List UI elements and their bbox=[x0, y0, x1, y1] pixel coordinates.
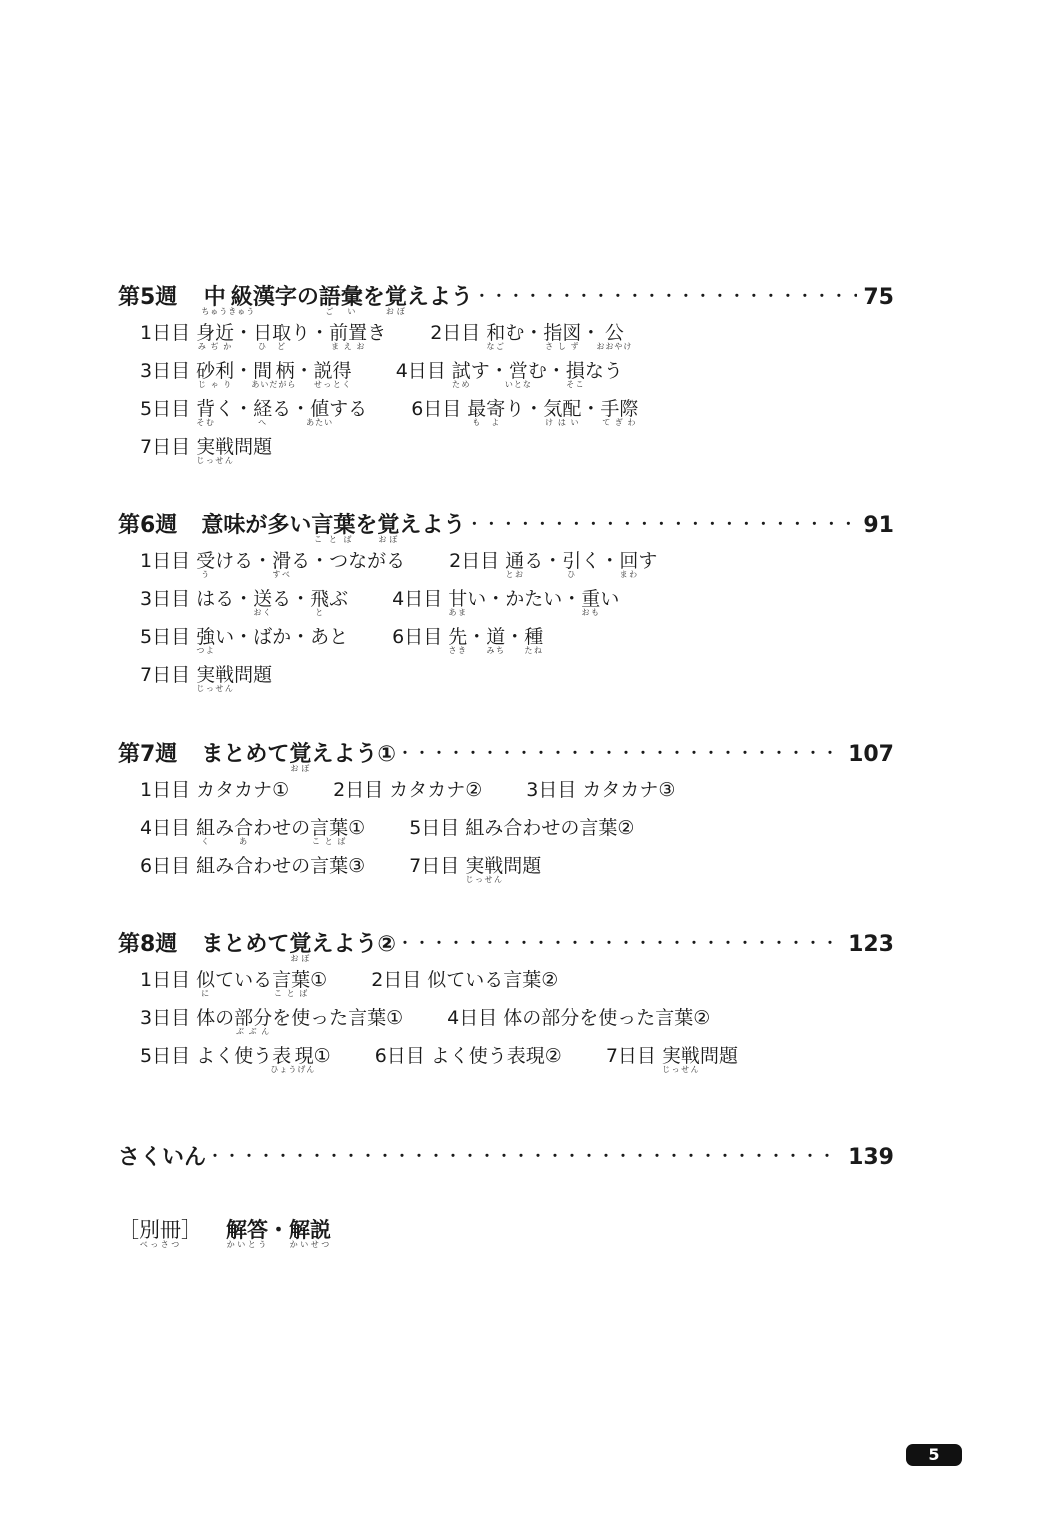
ruby-text: 受う bbox=[196, 550, 215, 572]
day-label: 3日目 bbox=[526, 779, 576, 801]
day-entry[interactable]: 3日目はる・送おくる・飛とぶ bbox=[140, 584, 348, 616]
day-label: 7日目 bbox=[140, 436, 190, 458]
day-entry[interactable]: 4日目試ためす・営いとなむ・損そこなう bbox=[396, 356, 623, 388]
ruby-text: 似に bbox=[196, 969, 215, 991]
day-label: 3日目 bbox=[140, 588, 190, 610]
day-topic: 受うける・滑すべる・つながる bbox=[196, 550, 405, 572]
ruby-text: 言葉ことば bbox=[272, 969, 310, 991]
week-heading[interactable]: 第5週中級ちゅうきゅう漢字の語彙ごいを覚おぼえよう・・・・・・・・・・・・・・・… bbox=[118, 280, 894, 318]
supplement-bracket-label: ［別冊べっさつ］ bbox=[118, 1214, 202, 1248]
ruby-text: 通とお bbox=[505, 550, 524, 572]
day-row: 3日目砂利じゃり・間柄あいだがら・説得せっとく4日目試ためす・営いとなむ・損そこ… bbox=[118, 356, 894, 394]
day-label: 5日目 bbox=[140, 1045, 190, 1067]
day-topic: 実戦じっせん問題 bbox=[196, 664, 272, 686]
day-topic: 組み合わせの言葉② bbox=[465, 817, 634, 839]
leader-dots: ・・・・・・・・・・・・・・・・・・・・・・・・・・・・・・・・・・・・・・・・… bbox=[398, 743, 842, 763]
ruby-text: 実戦じっせん bbox=[196, 664, 234, 686]
day-entry[interactable]: 1日目身近みぢか・日ひ取どり・前置まえおき bbox=[140, 318, 386, 350]
ruby-text: 値あたい bbox=[310, 398, 329, 420]
day-entry[interactable]: 7日目実戦じっせん問題 bbox=[409, 851, 541, 883]
day-label: 6日目 bbox=[375, 1045, 425, 1067]
ruby-text: 言葉ことば bbox=[311, 513, 355, 538]
day-entry[interactable]: 7日目実戦じっせん問題 bbox=[606, 1041, 738, 1073]
day-topic: はる・送おくる・飛とぶ bbox=[196, 588, 348, 610]
day-topic: 実戦じっせん問題 bbox=[465, 855, 541, 877]
day-topic: 砂利じゃり・間柄あいだがら・説得せっとく bbox=[196, 360, 352, 382]
ruby-text: 組く bbox=[196, 817, 215, 839]
day-row: 1日目受うける・滑すべる・つながる2日目通とおる・引ひく・回まわす bbox=[118, 546, 894, 584]
furigana: なご bbox=[486, 342, 505, 351]
day-topic: 背そむく・経へる・値あたいする bbox=[196, 398, 367, 420]
furigana: まえお bbox=[329, 342, 367, 351]
week-heading[interactable]: 第7週まとめて覚おぼえよう①・・・・・・・・・・・・・・・・・・・・・・・・・・… bbox=[118, 737, 894, 775]
ruby-text: 経へ bbox=[253, 398, 272, 420]
ruby-text: 実戦じっせん bbox=[465, 855, 503, 877]
week-heading[interactable]: 第6週意味が多い言葉ことばを覚おぼえよう・・・・・・・・・・・・・・・・・・・・… bbox=[118, 508, 894, 546]
day-row: 1日目似にている言葉ことば①2日目似ている言葉② bbox=[118, 965, 894, 1003]
day-row: 7日目実戦じっせん問題 bbox=[118, 660, 894, 698]
day-topic: よく使う表現② bbox=[431, 1045, 562, 1067]
furigana: じっせん bbox=[662, 1065, 700, 1074]
furigana: とお bbox=[505, 570, 524, 579]
furigana: たね bbox=[524, 646, 543, 655]
week-label: 第7週 bbox=[118, 737, 177, 768]
week-page-number: 75 bbox=[863, 285, 894, 310]
furigana: おぼ bbox=[289, 954, 311, 963]
toc-week-section: 第8週まとめて覚おぼえよう②・・・・・・・・・・・・・・・・・・・・・・・・・・… bbox=[118, 927, 894, 1079]
ruby-text: 種たね bbox=[524, 626, 543, 648]
day-label: 1日目 bbox=[140, 550, 190, 572]
day-row: 7日目実戦じっせん問題 bbox=[118, 432, 894, 470]
furigana: おも bbox=[581, 608, 600, 617]
ruby-text: 言葉ことば bbox=[310, 817, 348, 839]
day-topic: カタカナ③ bbox=[582, 779, 675, 801]
ruby-text: 背そむ bbox=[196, 398, 215, 420]
day-row: 5日目背そむく・経へる・値あたいする6日目最寄もより・気配けはい・手際てぎわ bbox=[118, 394, 894, 432]
ruby-text: 中級ちゅうきゅう bbox=[201, 285, 253, 310]
furigana: ちゅうきゅう bbox=[201, 307, 255, 316]
day-topic: 甘あまい・かたい・重おもい bbox=[448, 588, 619, 610]
furigana: ことば bbox=[310, 837, 348, 846]
furigana: に bbox=[196, 989, 215, 998]
ruby-text: 前置まえお bbox=[329, 322, 367, 344]
ruby-text: 解説かいせつ bbox=[289, 1218, 331, 1242]
furigana: べっさつ bbox=[139, 1240, 181, 1249]
day-topic: カタカナ② bbox=[389, 779, 482, 801]
day-label: 2日目 bbox=[371, 969, 421, 991]
furigana: そむ bbox=[196, 418, 215, 427]
ruby-text: 手際てぎわ bbox=[600, 398, 638, 420]
day-entry[interactable]: 5日目組み合わせの言葉② bbox=[409, 813, 634, 840]
ruby-text: 覚おぼ bbox=[289, 742, 311, 767]
ruby-text: 解答かいとう bbox=[226, 1218, 268, 1242]
leader-dots: ・・・・・・・・・・・・・・・・・・・・・・・・・・・・・・・・・・・・・・・・… bbox=[398, 933, 842, 953]
ruby-text: 間柄あいだがら bbox=[253, 360, 295, 382]
ruby-text: 覚おぼ bbox=[377, 513, 399, 538]
ruby-text: 引ひ bbox=[562, 550, 581, 572]
ruby-text: 回まわ bbox=[619, 550, 638, 572]
supplement-title: 解答かいとう・解説かいせつ bbox=[226, 1214, 331, 1248]
ruby-text: 試ため bbox=[452, 360, 471, 382]
day-entry[interactable]: 4日目甘あまい・かたい・重おもい bbox=[392, 584, 619, 616]
furigana: おく bbox=[253, 608, 272, 617]
day-entry[interactable]: 2日目似ている言葉② bbox=[371, 965, 558, 992]
furigana: じゃり bbox=[196, 380, 234, 389]
ruby-text: 取ど bbox=[272, 322, 291, 344]
ruby-text: 重おも bbox=[581, 588, 600, 610]
week-page-number: 91 bbox=[863, 513, 894, 538]
furigana: けはい bbox=[543, 418, 581, 427]
week-label: 第8週 bbox=[118, 927, 177, 958]
week-title: まとめて覚おぼえよう② bbox=[201, 927, 396, 962]
ruby-text: 道みち bbox=[486, 626, 505, 648]
furigana: そこ bbox=[566, 380, 585, 389]
week-label: 第5週 bbox=[118, 280, 177, 311]
leader-dots: ・・・・・・・・・・・・・・・・・・・・・・・・・・・・・・・・・・・・・・・・… bbox=[475, 286, 857, 306]
ruby-text: 損そこ bbox=[566, 360, 585, 382]
leader-dots: ・・・・・・・・・・・・・・・・・・・・・・・・・・・・・・・・・・・・・・・・… bbox=[467, 514, 857, 534]
day-row: 4日目組くみ合あわせの言葉ことば①5日目組み合わせの言葉② bbox=[118, 813, 894, 851]
day-label: 7日目 bbox=[606, 1045, 656, 1067]
leader-dots: ・・・・・・・・・・・・・・・・・・・・・・・・・・・・・・・・・・・・・・・・… bbox=[208, 1146, 842, 1166]
furigana: もよ bbox=[467, 418, 505, 427]
day-entry[interactable]: 6日目組み合わせの言葉③ bbox=[140, 851, 365, 878]
day-row: 5日目よく使う表現ひょうげん①6日目よく使う表現②7日目実戦じっせん問題 bbox=[118, 1041, 894, 1079]
toc-week-section: 第6週意味が多い言葉ことばを覚おぼえよう・・・・・・・・・・・・・・・・・・・・… bbox=[118, 508, 894, 698]
day-topic: 身近みぢか・日ひ取どり・前置まえおき bbox=[196, 322, 386, 344]
day-label: 7日目 bbox=[409, 855, 459, 877]
ruby-text: 日ひ bbox=[253, 322, 272, 344]
day-entry[interactable]: 3日目カタカナ③ bbox=[526, 775, 675, 802]
ruby-text: 気配けはい bbox=[543, 398, 581, 420]
day-label: 1日目 bbox=[140, 322, 190, 344]
furigana: ため bbox=[452, 380, 471, 389]
day-entry[interactable]: 7日目実戦じっせん問題 bbox=[140, 660, 272, 692]
ruby-text: 先さき bbox=[448, 626, 467, 648]
furigana: おぼ bbox=[385, 307, 407, 316]
day-topic: 先さき・道みち・種たね bbox=[448, 626, 543, 648]
ruby-text: 説得せっとく bbox=[314, 360, 352, 382]
ruby-text: 滑すべ bbox=[272, 550, 291, 572]
furigana: ど bbox=[272, 342, 291, 351]
furigana: みち bbox=[486, 646, 505, 655]
furigana: じっせん bbox=[196, 456, 234, 465]
day-label: 5日目 bbox=[140, 626, 190, 648]
day-label: 4日目 bbox=[140, 817, 190, 839]
ruby-text: 甘あま bbox=[448, 588, 467, 610]
day-label: 1日目 bbox=[140, 779, 190, 801]
ruby-text: 和なご bbox=[486, 322, 505, 344]
furigana: ことば bbox=[311, 535, 355, 544]
ruby-text: 指図さしず bbox=[543, 322, 581, 344]
furigana: せっとく bbox=[314, 380, 352, 389]
day-label: 2日目 bbox=[430, 322, 480, 344]
day-topic: 体の部分を使った言葉② bbox=[503, 1007, 710, 1029]
ruby-text: 別冊べっさつ bbox=[139, 1218, 181, 1242]
ruby-text: 覚おぼ bbox=[289, 932, 311, 957]
furigana: あたい bbox=[306, 418, 333, 427]
ruby-text: 送おく bbox=[253, 588, 272, 610]
week-heading[interactable]: 第8週まとめて覚おぼえよう②・・・・・・・・・・・・・・・・・・・・・・・・・・… bbox=[118, 927, 894, 965]
day-topic: 実戦じっせん問題 bbox=[662, 1045, 738, 1067]
ruby-text: 実戦じっせん bbox=[196, 436, 234, 458]
day-entry[interactable]: 5日目よく使う表現ひょうげん① bbox=[140, 1041, 331, 1073]
day-label: 1日目 bbox=[140, 969, 190, 991]
page-number-badge: 5 bbox=[906, 1444, 962, 1466]
furigana: みぢか bbox=[196, 342, 234, 351]
week-title: 意味が多い言葉ことばを覚おぼえよう bbox=[201, 508, 465, 543]
week-title: 中級ちゅうきゅう漢字の語彙ごいを覚おぼえよう bbox=[201, 280, 473, 315]
furigana: ことば bbox=[272, 989, 310, 998]
furigana: いとな bbox=[505, 380, 532, 389]
day-label: 2日目 bbox=[333, 779, 383, 801]
week-page-number: 123 bbox=[848, 932, 894, 957]
day-row: 3日目はる・送おくる・飛とぶ4日目甘あまい・かたい・重おもい bbox=[118, 584, 894, 622]
day-entry[interactable]: 7日目実戦じっせん問題 bbox=[140, 432, 272, 464]
day-entry[interactable]: 4日目体の部分を使った言葉② bbox=[447, 1003, 710, 1030]
day-label: 6日目 bbox=[140, 855, 190, 877]
day-entry[interactable]: 6日目最寄もより・気配けはい・手際てぎわ bbox=[411, 394, 638, 426]
furigana: かいせつ bbox=[289, 1240, 331, 1249]
furigana: へ bbox=[253, 418, 272, 427]
week-label: 第6週 bbox=[118, 508, 177, 539]
day-entry[interactable]: 5日目強つよい・ばか・あと bbox=[140, 622, 348, 654]
day-topic: 強つよい・ばか・あと bbox=[196, 626, 348, 648]
furigana: てぎわ bbox=[600, 418, 638, 427]
day-label: 4日目 bbox=[396, 360, 446, 382]
toc-week-section: 第7週まとめて覚おぼえよう①・・・・・・・・・・・・・・・・・・・・・・・・・・… bbox=[118, 737, 894, 889]
furigana: おぼ bbox=[289, 764, 311, 773]
supplement-entry: ［別冊べっさつ］ 解答かいとう・解説かいせつ bbox=[118, 1214, 331, 1248]
day-topic: 組くみ合あわせの言葉ことば① bbox=[196, 817, 365, 839]
day-label: 7日目 bbox=[140, 664, 190, 686]
day-topic: よく使う表現ひょうげん① bbox=[196, 1045, 331, 1067]
day-label: 4日目 bbox=[392, 588, 442, 610]
day-topic: カタカナ① bbox=[196, 779, 289, 801]
furigana: おぼ bbox=[377, 535, 399, 544]
day-entry[interactable]: 5日目背そむく・経へる・値あたいする bbox=[140, 394, 367, 426]
furigana: あいだがら bbox=[251, 380, 296, 389]
ruby-text: 身近みぢか bbox=[196, 322, 234, 344]
furigana: かいとう bbox=[226, 1240, 268, 1249]
day-row: 1日目身近みぢか・日ひ取どり・前置まえおき2日目和なごむ・指図さしず・公おおやけ bbox=[118, 318, 894, 356]
furigana: く bbox=[196, 837, 215, 846]
ruby-text: 合あ bbox=[234, 817, 253, 839]
day-entry[interactable]: 3日目体の部分ぶぶんを使った言葉① bbox=[140, 1003, 403, 1035]
day-entry[interactable]: 1日目似にている言葉ことば① bbox=[140, 965, 327, 997]
day-entry[interactable]: 1日目カタカナ① bbox=[140, 775, 289, 802]
furigana: おおやけ bbox=[596, 342, 632, 351]
day-row: 3日目体の部分ぶぶんを使った言葉①4日目体の部分を使った言葉② bbox=[118, 1003, 894, 1041]
toc-week-section: 第5週中級ちゅうきゅう漢字の語彙ごいを覚おぼえよう・・・・・・・・・・・・・・・… bbox=[118, 280, 894, 470]
furigana: つよ bbox=[196, 646, 215, 655]
furigana: ごい bbox=[319, 307, 363, 316]
furigana: ひょうげん bbox=[270, 1065, 315, 1074]
ruby-text: 表現ひょうげん bbox=[272, 1045, 314, 1067]
day-label: 5日目 bbox=[409, 817, 459, 839]
day-label: 6日目 bbox=[392, 626, 442, 648]
week-title: まとめて覚おぼえよう① bbox=[201, 737, 396, 772]
ruby-text: 実戦じっせん bbox=[662, 1045, 700, 1067]
day-topic: 和なごむ・指図さしず・公おおやけ bbox=[486, 322, 632, 344]
day-row: 1日目カタカナ①2日目カタカナ②3日目カタカナ③ bbox=[118, 775, 894, 813]
furigana: う bbox=[196, 570, 215, 579]
day-label: 6日目 bbox=[411, 398, 461, 420]
ruby-text: 公おおやけ bbox=[600, 322, 632, 344]
furigana: さしず bbox=[543, 342, 581, 351]
ruby-text: 強つよ bbox=[196, 626, 215, 648]
day-label: 4日目 bbox=[447, 1007, 497, 1029]
day-label: 3日目 bbox=[140, 1007, 190, 1029]
day-topic: 組み合わせの言葉③ bbox=[196, 855, 365, 877]
day-row: 6日目組み合わせの言葉③7日目実戦じっせん問題 bbox=[118, 851, 894, 889]
day-topic: 試ためす・営いとなむ・損そこなう bbox=[452, 360, 623, 382]
furigana: と bbox=[310, 608, 329, 617]
ruby-text: 最寄もよ bbox=[467, 398, 505, 420]
day-topic: 体の部分ぶぶんを使った言葉① bbox=[196, 1007, 403, 1029]
furigana: まわ bbox=[619, 570, 638, 579]
day-row: 5日目強つよい・ばか・あと6日目先さき・道みち・種たね bbox=[118, 622, 894, 660]
day-topic: 似ている言葉② bbox=[427, 969, 558, 991]
day-entry[interactable]: 2日目カタカナ② bbox=[333, 775, 482, 802]
furigana: じっせん bbox=[465, 875, 503, 884]
ruby-text: 営いとな bbox=[509, 360, 528, 382]
ruby-text: 砂利じゃり bbox=[196, 360, 234, 382]
day-topic: 実戦じっせん問題 bbox=[196, 436, 272, 458]
day-entry[interactable]: 1日目受うける・滑すべる・つながる bbox=[140, 546, 405, 578]
day-entry[interactable]: 2日目通とおる・引ひく・回まわす bbox=[449, 546, 657, 578]
day-label: 2日目 bbox=[449, 550, 499, 572]
toc-index-entry[interactable]: さくいん ・・・・・・・・・・・・・・・・・・・・・・・・・・・・・・・・・・・… bbox=[118, 1140, 894, 1178]
index-label: さくいん bbox=[118, 1140, 206, 1171]
day-entry[interactable]: 3日目砂利じゃり・間柄あいだがら・説得せっとく bbox=[140, 356, 352, 388]
week-page-number: 107 bbox=[848, 742, 894, 767]
table-of-contents-page: 第5週中級ちゅうきゅう漢字の語彙ごいを覚おぼえよう・・・・・・・・・・・・・・・… bbox=[0, 0, 1058, 1530]
furigana: ひ bbox=[253, 342, 272, 351]
furigana: あ bbox=[234, 837, 253, 846]
day-entry[interactable]: 6日目先さき・道みち・種たね bbox=[392, 622, 543, 654]
day-entry[interactable]: 2日目和なごむ・指図さしず・公おおやけ bbox=[430, 318, 632, 350]
ruby-text: 部分ぶぶん bbox=[234, 1007, 272, 1029]
furigana: あま bbox=[448, 608, 467, 617]
day-topic: 最寄もより・気配けはい・手際てぎわ bbox=[467, 398, 638, 420]
ruby-text: 飛と bbox=[310, 588, 329, 610]
furigana: ひ bbox=[562, 570, 581, 579]
day-label: 3日目 bbox=[140, 360, 190, 382]
ruby-text: 語彙ごい bbox=[319, 285, 363, 310]
index-page-number: 139 bbox=[848, 1145, 894, 1170]
day-entry[interactable]: 4日目組くみ合あわせの言葉ことば① bbox=[140, 813, 365, 845]
furigana: じっせん bbox=[196, 684, 234, 693]
ruby-text: 覚おぼ bbox=[385, 285, 407, 310]
day-topic: 通とおる・引ひく・回まわす bbox=[505, 550, 657, 572]
day-topic: 似にている言葉ことば① bbox=[196, 969, 327, 991]
day-entry[interactable]: 6日目よく使う表現② bbox=[375, 1041, 562, 1068]
day-label: 5日目 bbox=[140, 398, 190, 420]
furigana: すべ bbox=[272, 570, 291, 579]
furigana: さき bbox=[448, 646, 467, 655]
furigana: ぶぶん bbox=[234, 1027, 272, 1036]
